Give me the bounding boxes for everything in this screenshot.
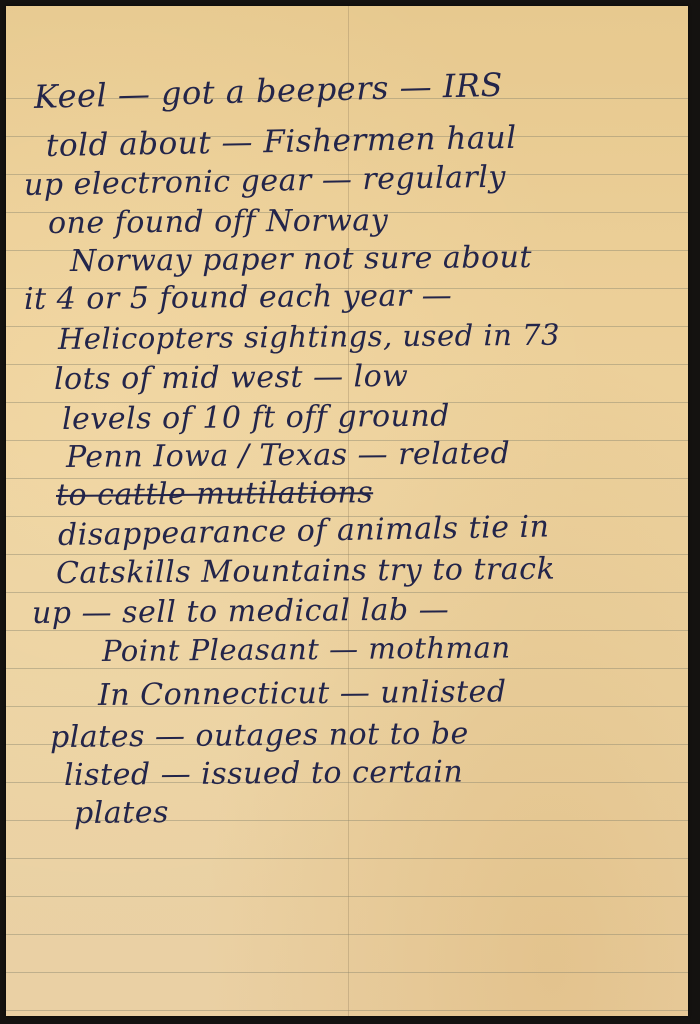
note-line: it 4 or 5 found each year — [24, 278, 452, 317]
note-line: Penn Iowa / Texas — related [66, 436, 511, 475]
note-line: disappearance of animals tie in [58, 509, 550, 553]
handwritten-notes: Keel — got a beepers — IRS told about — … [6, 6, 688, 1016]
note-line: up electronic gear — regularly [24, 160, 506, 203]
note-line: levels of 10 ft off ground [62, 399, 450, 437]
note-line: plates — outages not to be [50, 716, 469, 755]
note-line: plates [74, 795, 169, 831]
note-line: Catskills Mountains try to track [56, 552, 555, 591]
note-line: Keel — got a beepers — IRS [34, 66, 504, 116]
note-line: one found off Norway [48, 203, 388, 241]
note-line-struck: to cattle mutilations [56, 475, 373, 513]
note-line: In Connecticut — unlisted [98, 674, 507, 713]
notepad-page: Keel — got a beepers — IRS told about — … [6, 6, 688, 1016]
note-line: Point Pleasant — mothman [102, 630, 511, 668]
note-line: Norway paper not sure about [70, 240, 532, 279]
note-line: up — sell to medical lab — [32, 592, 449, 631]
note-line: Helicopters sightings, used in 73 [58, 318, 560, 356]
note-line: listed — issued to certain [64, 755, 464, 793]
note-line: lots of mid west — low [54, 359, 409, 397]
note-line: told about — Fishermen haul [46, 120, 517, 164]
